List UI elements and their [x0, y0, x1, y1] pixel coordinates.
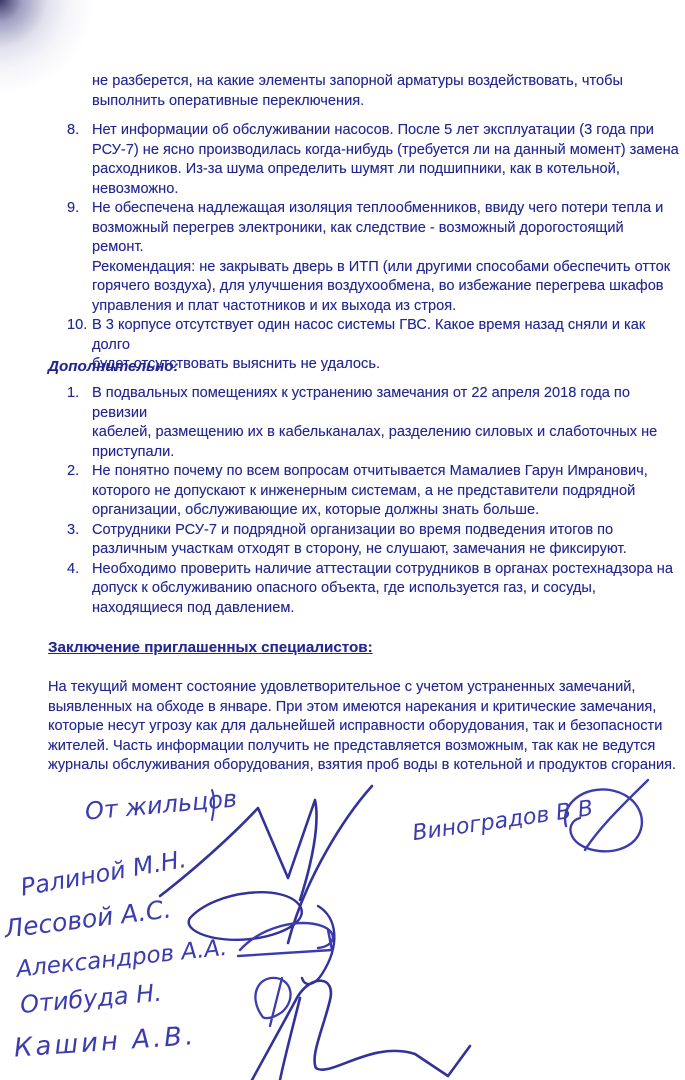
list-item-9: 9. Не обеспечена надлежащая изоляция теп… [67, 199, 679, 316]
list-item-3: 3. Сотрудники РСУ-7 и подрядной организа… [67, 521, 679, 560]
signature-flourish-oval [189, 892, 302, 940]
additional-numbered-list: 1. В подвальных помещениях к устранению … [67, 384, 679, 618]
handwritten-name-aleksandrov: Александров А.А. [13, 935, 228, 983]
list-item-text: Сотрудники РСУ-7 и подрядной организации… [92, 521, 679, 560]
list-item-number: 9. [67, 199, 92, 219]
list-item-text: Нет информации об обслуживании насосов. … [92, 121, 679, 199]
list-item-number: 2. [67, 462, 92, 482]
list-item-text: В подвальных помещениях к устранению зам… [92, 384, 679, 462]
handwritten-name-otibuda: Отибуда Н. [19, 979, 163, 1019]
additional-heading: Дополнительно: [48, 358, 179, 375]
conclusion-paragraph: На текущий момент состояние удовлетворит… [48, 678, 680, 776]
main-numbered-list: 8. Нет информации об обслуживании насосо… [67, 121, 679, 375]
list-item-text: В 3 корпусе отсутствует один насос систе… [92, 316, 679, 375]
handwritten-name-kashin: Кашин А.В. [13, 1021, 197, 1064]
paragraph-continuation: не разберется, на какие элементы запорно… [92, 72, 662, 111]
list-item-text: Необходимо проверить наличие аттестации … [92, 560, 679, 619]
list-item-text: Не понятно почему по всем вопросам отчит… [92, 462, 679, 521]
signature-flourish-kashin [252, 981, 470, 1080]
handwritten-name-lesovoy: Лесовой А.С. [2, 894, 173, 943]
scanned-document-page: не разберется, на какие элементы запорно… [0, 0, 685, 1080]
list-item-number: 3. [67, 521, 92, 541]
handwritten-residents-label: От жильцов [84, 784, 238, 825]
conclusion-heading: Заключение приглашенных специалистов: [48, 639, 373, 656]
handwritten-name-vinogradov: Виноградов В В [411, 796, 595, 846]
list-item-number: 4. [67, 560, 92, 580]
list-item-number: 8. [67, 121, 92, 141]
list-item-8: 8. Нет информации об обслуживании насосо… [67, 121, 679, 199]
list-item-2: 2. Не понятно почему по всем вопросам от… [67, 462, 679, 521]
list-item-4: 4. Необходимо проверить наличие аттестац… [67, 560, 679, 619]
signature-flourish-aleksandrov [238, 923, 333, 956]
list-item-number: 1. [67, 384, 92, 404]
list-item-number: 10. [67, 316, 92, 336]
list-item-1: 1. В подвальных помещениях к устранению … [67, 384, 679, 462]
list-item-text: Не обеспечена надлежащая изоляция теплоо… [92, 199, 679, 316]
signatures-area: От жильцов Виноградов В В Ралиной М.Н. Л… [0, 778, 685, 1080]
